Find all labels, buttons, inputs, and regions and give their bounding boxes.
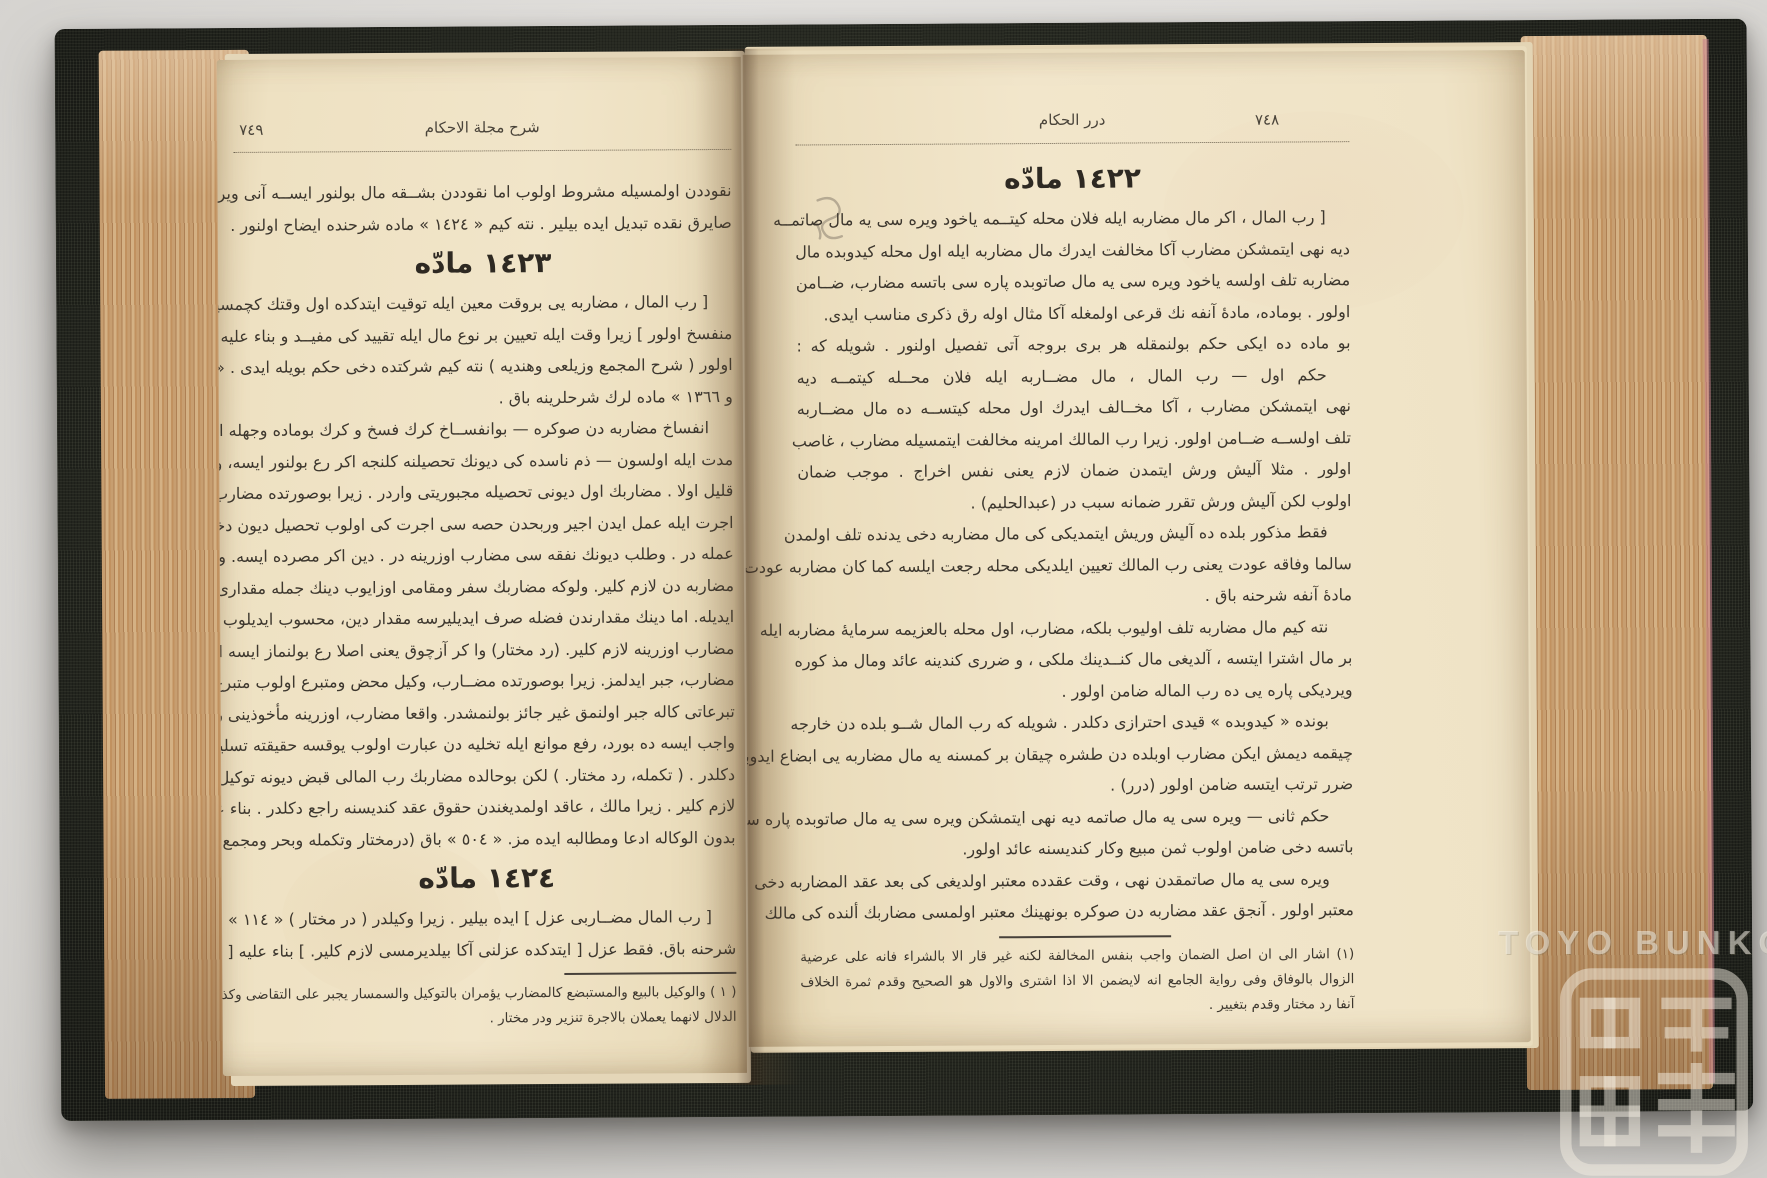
text-line: بونده « كيدوبده » قيدى احترازى دكلدر . ش… xyxy=(799,705,1353,740)
text-block: نقوددن اولمسيله مشروط اولوب اما نقوددن ب… xyxy=(233,175,736,1033)
text-line: عمله در . وطلب ديونك نفقه سى مضارب اوزري… xyxy=(236,538,734,573)
book-photo: ٧٤٩ شرح مجلة الاحكام نقوددن اولمسيله مشر… xyxy=(0,0,1767,1178)
text-line: دكلدر . ( تكمله، رد مختار. ) لكن بوحالده… xyxy=(237,758,735,793)
article-heading-1424: ١٤٢٤ مادّه xyxy=(238,860,736,896)
text-line: مضارب اوزرينه لازم كلير. (رد مختار) وا ك… xyxy=(236,632,734,667)
text-line: صايرق نقده تبديل ايده بيلير . نته كيم « … xyxy=(234,206,732,241)
text-line: مضاربه دن لازم كلير. ولوكه مضاربك سفر وم… xyxy=(236,569,734,604)
paragraph-intro-rulings: بو ماده ده ايكى حكم بولنمقله هر برى بروج… xyxy=(796,327,1350,362)
text-line: ديه نهى ايتمشكن مضارب آكا مخالفت ايدرك م… xyxy=(796,233,1350,268)
text-line: اولور ( شرح المجمع وزيلعى وهنديه ) نته ك… xyxy=(235,349,733,384)
text-line: فقط مذكور بلده ده آليش وريش ايتمديكى كى … xyxy=(798,516,1352,551)
text-line: نته كيم مال مضاربه تلف اوليوب بلكه، مضار… xyxy=(798,611,1352,646)
text-line: مضارب، جبر ايدلمز. زيرا بوصورتده مضــارب… xyxy=(236,664,734,699)
text-line: ويرديكى پاره يى ده رب الماله ضامن اولور … xyxy=(799,674,1353,709)
text-block: ١٤٢٢ مادّه [ رب المال ، اكر مال مضاربه ا… xyxy=(795,153,1354,1020)
running-head: ٧٤٨ درر الحكام xyxy=(795,109,1349,138)
text-line: انفساخ مضاربه دن صوكره — بوانفســاخ كرك … xyxy=(235,412,733,447)
footnote: ( ١ ) والوكيل بالبيع والمستبضع كالمضارب … xyxy=(238,980,736,1033)
text-line: شرحنه باق. فقط عزل [ ايتدكده عزلنى آكا ب… xyxy=(238,932,736,967)
text-line: الدلال لانهما يعملان بالاجرة تنزير ودر م… xyxy=(239,1005,737,1033)
text-line: ويره سى يه مال صاتمقدن نهى ، وقت عقدده م… xyxy=(800,863,1354,898)
right-page: ٧٤٨ درر الحكام ١٤٢٢ مادّه [ رب المال ، ا… xyxy=(743,50,1531,1047)
text-line: معتبر اولور . آنجق عقد مضاربه دن صوكره ب… xyxy=(800,894,1354,929)
text-line: لازم كلير . زيرا مالك ، عاقد اولمديغندن … xyxy=(237,790,735,825)
paragraph-first-ruling: حكم اول — رب المال ، مال مضــاربه ايله ف… xyxy=(797,359,1352,520)
text-line: مدت ايله اولسون — ذم ناسده كى ديونك تحصي… xyxy=(235,443,733,478)
footnote-rule xyxy=(564,972,736,975)
text-line: نهى ايتمشكن مضارب ، آكا مخــالف ايدرك او… xyxy=(797,390,1351,425)
header-rule xyxy=(795,141,1349,145)
footnote: (١) اشار الى ان اصل الضمان واجب بنفس الم… xyxy=(800,942,1354,1020)
paragraph-second-ruling: حكم ثانى — ويره سى يه مال صاتمه ديه نهى … xyxy=(799,800,1353,866)
text-line: مضاربه تلف اولسه ياخود ويره سى يه مال صا… xyxy=(796,264,1350,299)
text-line: منفسخ اولور ] زيرا وقت ايله تعيين بر نوع… xyxy=(234,317,732,352)
paragraph-article-1423: [ رب المال ، مضاربه يى بروقت معين ايله ت… xyxy=(234,286,733,415)
text-line: اجرت ايله عمل ايدن اجير وربحدن حصه سى اج… xyxy=(236,506,734,541)
running-title: شرح مجلة الاحكام xyxy=(233,117,731,138)
text-line: آنفا رد مختار وقدم بتغيير . xyxy=(800,992,1354,1020)
text-line: بدون الوكاله ادعا ومطالبه ايده مز. « ٥٠٤… xyxy=(237,821,735,856)
paragraph-article-1424: [ رب المال مضــاربى عزل ] ايده بيلير . ز… xyxy=(238,901,736,967)
book: ٧٤٩ شرح مجلة الاحكام نقوددن اولمسيله مشر… xyxy=(0,0,1767,1178)
paragraph-exception: فقط مذكور بلده ده آليش وريش ايتمديكى كى … xyxy=(798,516,1353,614)
text-line: سالما وفاقه عودت يعنى رب المالك تعيين اي… xyxy=(798,548,1352,583)
article-heading-1423: ١٤٢٣ مادّه xyxy=(234,245,732,281)
text-line: [ رب المال مضــاربى عزل ] ايده بيلير . ز… xyxy=(238,901,736,936)
text-line: قليل اولا . مضاربك اول ديونى تحصيله مجبو… xyxy=(235,475,733,510)
text-line: بو ماده ده ايكى حكم بولنمقله هر برى بروج… xyxy=(796,327,1350,362)
text-line: اولور . بوماده، مادۀ آنفه نك قرعى اولمغل… xyxy=(796,296,1350,331)
text-line: باتسه دخى ضامن اولوب ثمن مبيع وكار كنديس… xyxy=(799,831,1353,866)
paragraph-credit-sale: ويره سى يه مال صاتمقدن نهى ، وقت عقدده م… xyxy=(800,863,1354,929)
text-line: اولور . مثلا آليش ورش ايتمدن ضمان لازم ي… xyxy=(797,453,1351,488)
text-line: [ رب المال ، مضاربه يى بروقت معين ايله ت… xyxy=(234,286,732,321)
text-line: ضرر ترتب ايتسه ضامن اولور (درر) . xyxy=(799,768,1353,803)
text-line: الزوال بالوفاق وفى رواية الجامع انه لايض… xyxy=(800,967,1354,995)
paragraph-commentary: انفساخ مضاربه دن صوكره — بوانفســاخ كرك … xyxy=(235,412,736,856)
text-line: حكم ثانى — ويره سى يه مال صاتمه ديه نهى … xyxy=(799,800,1353,835)
text-line: مادۀ آنفه شرحنه باق . xyxy=(798,579,1352,614)
text-line: تلف اولســه ضــامن اولور. زيرا رب المالك… xyxy=(797,422,1351,457)
text-line: اولوب لكن آليش ورش تقرر ضمانه سبب در (عب… xyxy=(797,485,1351,520)
text-line: حكم اول — رب المال ، مال مضــاربه ايله ف… xyxy=(797,359,1351,394)
page-edges-right xyxy=(1521,35,1713,1090)
paragraph-matn: [ رب المال ، اكر مال مضاربه ايله فلان مح… xyxy=(796,201,1351,330)
text-line: نقوددن اولمسيله مشروط اولوب اما نقوددن ب… xyxy=(233,175,731,210)
text-line: [ رب المال ، اكر مال مضاربه ايله فلان مح… xyxy=(796,201,1350,236)
paragraph-continuation: نقوددن اولمسيله مشروط اولوب اما نقوددن ب… xyxy=(233,175,731,241)
text-line: (١) اشار الى ان اصل الضمان واجب بنفس الم… xyxy=(800,942,1354,970)
paragraph-proviso: بونده « كيدوبده » قيدى احترازى دكلدر . ش… xyxy=(799,705,1354,803)
text-line: واجب ايسه ده بورد، رفع موانع ايله تخليه … xyxy=(237,727,735,762)
running-head: ٧٤٩ شرح مجلة الاحكام xyxy=(233,117,731,146)
text-line: بر مال اشترا ايتسه ، آلديغى مال كنــدينك… xyxy=(798,642,1352,677)
text-line: چيقمه ديمش ايكن مضارب اوبلده دن طشره چيق… xyxy=(799,737,1353,772)
text-line: ( ١ ) والوكيل بالبيع والمستبضع كالمضارب … xyxy=(238,980,736,1008)
text-line: تبرعاتى كاله جبر اولنمق غير جائز بولنمشد… xyxy=(237,695,735,730)
running-title: درر الحكام xyxy=(795,109,1349,130)
paragraph-purchase-case: نته كيم مال مضاربه تلف اوليوب بلكه، مضار… xyxy=(798,611,1353,709)
text-line: و ١٣٦٦ » ماده لرك شرحلرينه باق . xyxy=(235,380,733,415)
text-line: ايديله. اما دينك مقدارندن فضله صرف ايديل… xyxy=(236,601,734,636)
header-rule xyxy=(233,149,731,153)
left-page: ٧٤٩ شرح مجلة الاحكام نقوددن اولمسيله مشر… xyxy=(217,57,747,1076)
article-heading-1422: ١٤٢٢ مادّه xyxy=(795,160,1349,196)
footnote-rule xyxy=(999,935,1171,938)
